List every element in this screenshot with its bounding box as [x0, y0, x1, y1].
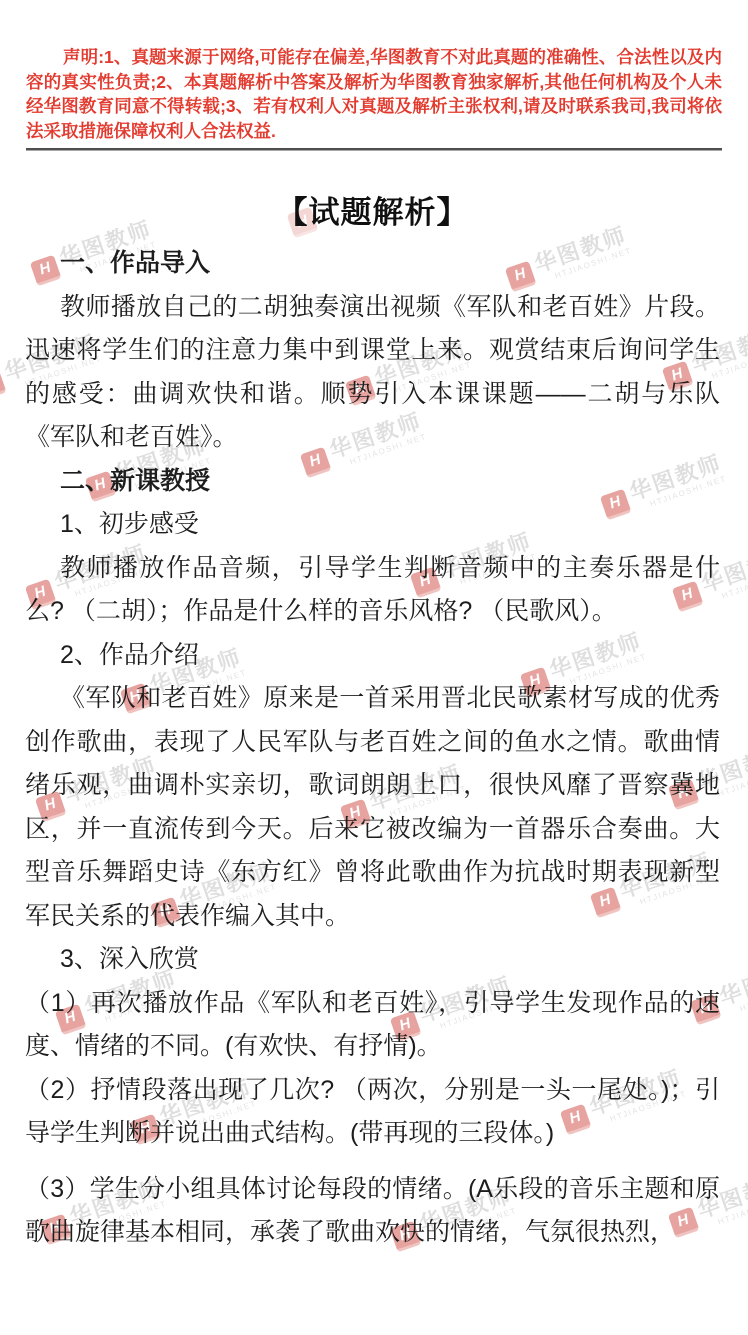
paragraph: 《军队和老百姓》原来是一首采用晋北民歌素材写成的优秀创作歌曲，表现了人民军队与老… [25, 677, 720, 938]
disclaimer-label: 声明: [63, 47, 104, 67]
sub-heading: 1、初步感受 [25, 503, 720, 547]
paragraph: 教师播放自己的二胡独奏演出视频《军队和老百姓》片段。迅速将学生们的注意力集中到课… [25, 286, 720, 460]
disclaimer-body: 1、真题来源于网络,可能存在偏差,华图教育不对此真题的准确性、合法性以及内容的真… [26, 47, 722, 141]
page-title: 【试题解析】 [25, 195, 720, 231]
header-separator-line [26, 148, 722, 151]
section-heading: 一、作品导入 [25, 242, 720, 286]
paragraph: 教师播放作品音频，引导学生判断音频中的主奏乐器是什么? （二胡）；作品是什么样的… [25, 547, 720, 634]
sub-heading: 3、深入欣赏 [25, 938, 720, 982]
section-heading: 二、新课教授 [25, 460, 720, 504]
disclaimer-text: 声明:1、真题来源于网络,可能存在偏差,华图教育不对此真题的准确性、合法性以及内… [0, 0, 748, 143]
sub-heading: 2、作品介绍 [25, 634, 720, 678]
document-page: H H华图教师HTJIAOSHI.NET H华图教师HTJIAOSHI.NET … [0, 0, 748, 1335]
list-item: （1）再次播放作品《军队和老百姓》，引导学生发现作品的速度、情绪的不同。(有欢快… [25, 982, 720, 1069]
list-item: （3）学生分小组具体讨论每段的情绪。(A乐段的音乐主题和原歌曲旋律基本相同，承袭… [25, 1168, 720, 1255]
document-content: 声明:1、真题来源于网络,可能存在偏差,华图教育不对此真题的准确性、合法性以及内… [0, 0, 748, 1255]
document-body: 【试题解析】 一、作品导入 教师播放自己的二胡独奏演出视频《军队和老百姓》片段。… [0, 195, 748, 1255]
list-item: （2）抒情段落出现了几次? （两次，分别是一头一尾处。)；引导学生判断并说出曲式… [25, 1069, 720, 1156]
